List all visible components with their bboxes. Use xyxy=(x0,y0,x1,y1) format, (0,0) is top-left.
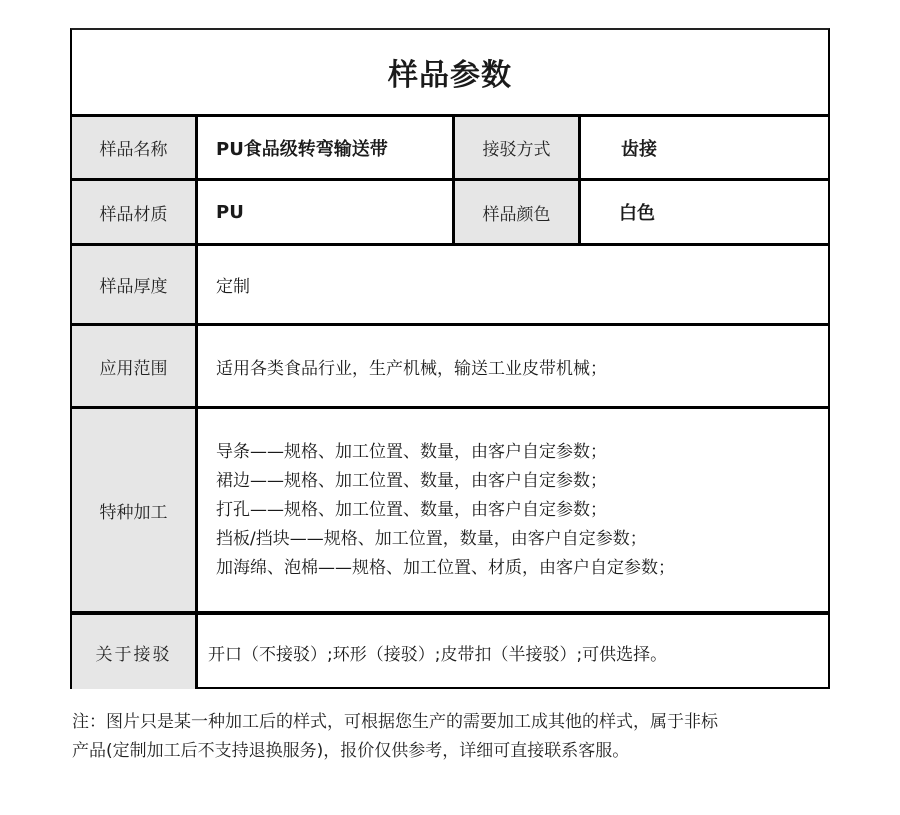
special-line: 挡板/挡块——规格、加工位置，数量，由客户自定参数； xyxy=(216,525,647,554)
label-special-processing: 特种加工 xyxy=(72,409,198,611)
value-sample-thickness: 定制 xyxy=(198,246,828,323)
label-sample-material: 样品材质 xyxy=(72,181,198,243)
value-special-processing: 导条——规格、加工位置、数量，由客户自定参数； 裙边——规格、加工位置、数量，由… xyxy=(198,409,828,611)
value-sample-color: 白色 xyxy=(581,181,828,243)
value-splicing: 开口（不接驳）;环形（接驳）;皮带扣（半接驳）;可供选择。 xyxy=(198,615,828,689)
label-sample-thickness: 样品厚度 xyxy=(72,246,198,323)
special-line: 打孔——规格、加工位置、数量，由客户自定参数； xyxy=(216,496,607,525)
footnote-line: 产品(定制加工后不支持退换服务)，报价仅供参考，详细可直接联系客服。 xyxy=(72,737,842,766)
special-line: 裙边——规格、加工位置、数量，由客户自定参数； xyxy=(216,467,607,496)
label-splice-method: 接驳方式 xyxy=(455,117,581,178)
row-sample-material: 样品材质 PU 样品颜色 白色 xyxy=(72,178,828,243)
sample-parameters-table: 样品参数 样品名称 PU食品级转弯输送带 接驳方式 齿接 样品材质 PU 样品颜… xyxy=(70,28,830,689)
table-title: 样品参数 xyxy=(72,30,828,114)
row-sample-thickness: 样品厚度 定制 xyxy=(72,243,828,323)
label-splicing: 关于接驳 xyxy=(72,615,198,689)
footnote: 注：图片只是某一种加工后的样式，可根据您生产的需要加工成其他的样式，属于非标 产… xyxy=(72,708,842,766)
footnote-line: 注：图片只是某一种加工后的样式，可根据您生产的需要加工成其他的样式，属于非标 xyxy=(72,708,842,737)
label-sample-name: 样品名称 xyxy=(72,117,198,178)
row-special-processing: 特种加工 导条——规格、加工位置、数量，由客户自定参数； 裙边——规格、加工位置… xyxy=(72,406,828,611)
value-application: 适用各类食品行业，生产机械，输送工业皮带机械； xyxy=(198,326,828,406)
special-line: 导条——规格、加工位置、数量，由客户自定参数； xyxy=(216,438,607,467)
label-sample-color: 样品颜色 xyxy=(455,181,581,243)
label-application: 应用范围 xyxy=(72,326,198,406)
row-application: 应用范围 适用各类食品行业，生产机械，输送工业皮带机械； xyxy=(72,323,828,406)
row-splicing: 关于接驳 开口（不接驳）;环形（接驳）;皮带扣（半接驳）;可供选择。 xyxy=(72,611,828,689)
row-sample-name: 样品名称 PU食品级转弯输送带 接驳方式 齿接 xyxy=(72,114,828,178)
value-sample-material: PU xyxy=(198,181,455,243)
value-sample-name: PU食品级转弯输送带 xyxy=(198,117,455,178)
value-splice-method: 齿接 xyxy=(581,117,828,178)
special-line: 加海绵、泡棉——规格、加工位置、材质，由客户自定参数； xyxy=(216,554,675,583)
